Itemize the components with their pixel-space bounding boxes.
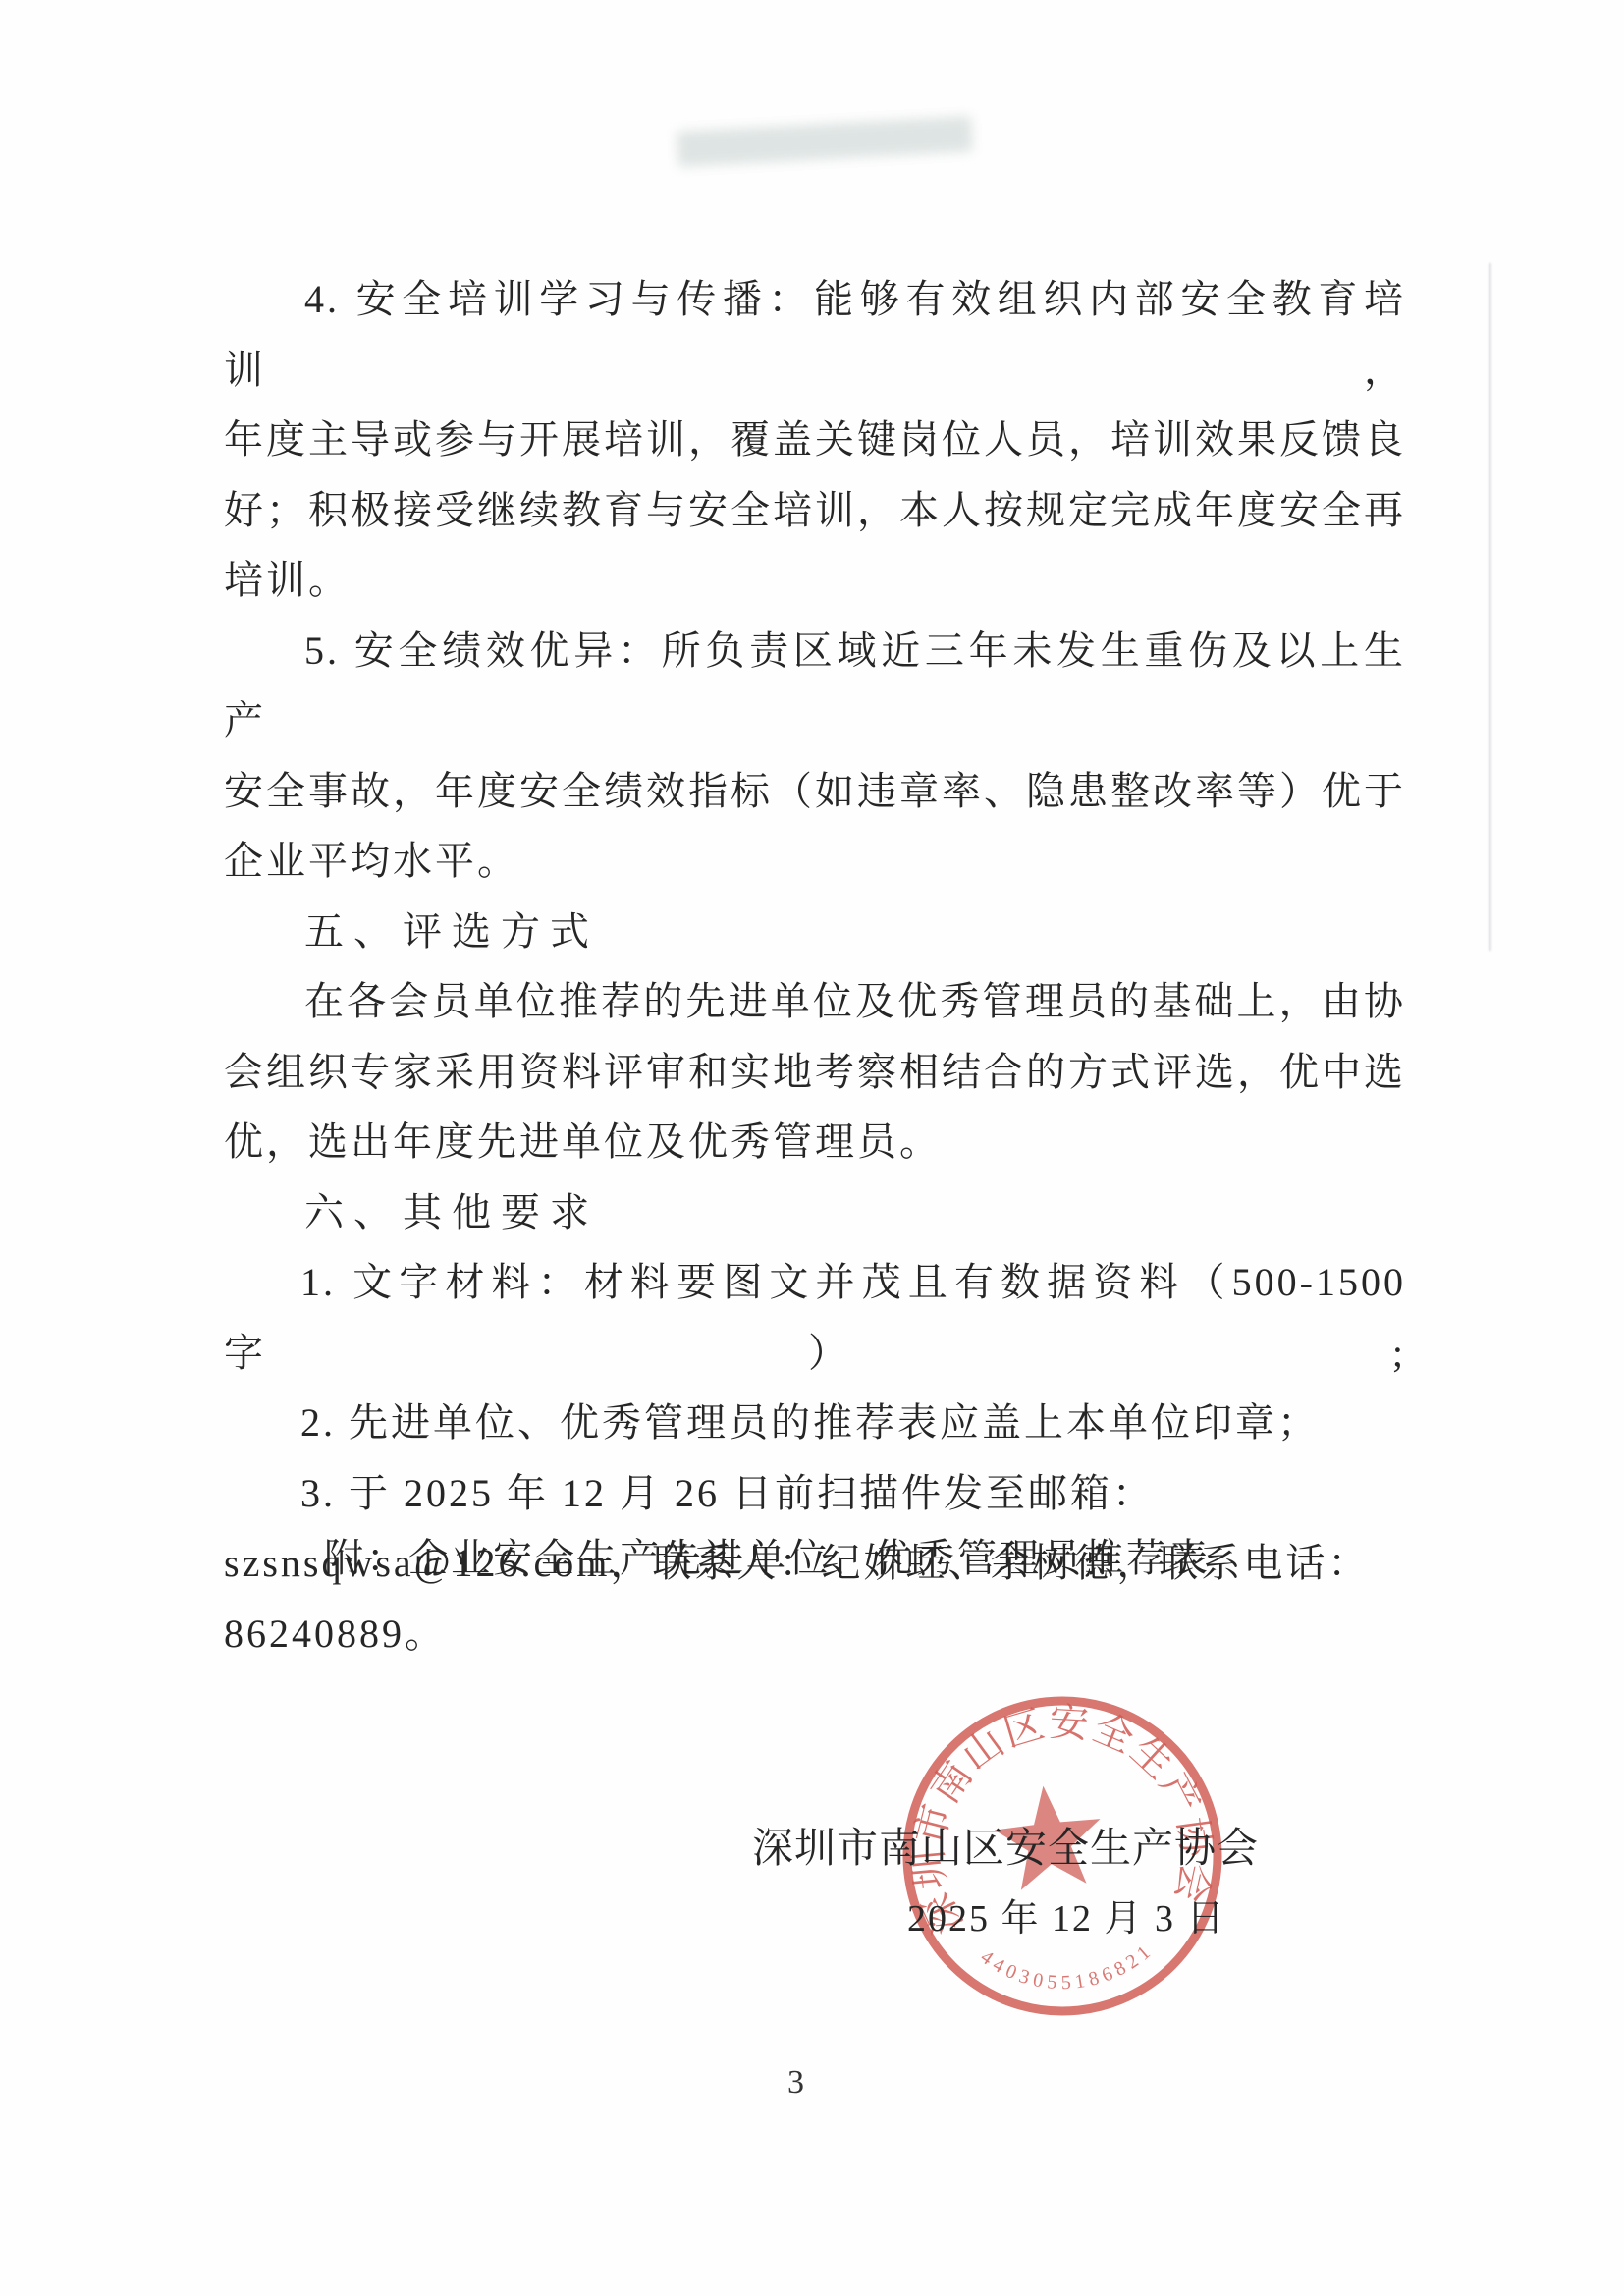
doc-line: 3. 于 2025 年 12 月 26 日前扫描件发至邮箱： — [224, 1458, 1406, 1529]
document-page: 4. 安全培训学习与传播：能够有效组织内部安全教育培训， 年度主导或参与开展培训… — [0, 0, 1624, 2296]
doc-line: 优，选出年度先进单位及优秀管理员。 — [224, 1107, 1406, 1177]
scan-smudge-artifact — [677, 116, 972, 167]
page-number: 3 — [787, 2064, 804, 2102]
attachment-line: 附：企业安全生产先进单位、优秀管理员推荐表 — [224, 1523, 1406, 1594]
doc-line: 培训。 — [224, 545, 1406, 616]
doc-section-heading: 五、评选方式 — [224, 897, 1406, 967]
doc-line: 5. 安全绩效优异：所负责区域近三年未发生重伤及以上生产 — [224, 616, 1406, 756]
doc-line: 年度主导或参与开展培训，覆盖关键岗位人员，培训效果反馈良 — [224, 405, 1406, 475]
doc-line: 2. 先进单位、优秀管理员的推荐表应盖上本单位印章； — [224, 1388, 1406, 1458]
doc-line: 4. 安全培训学习与传播：能够有效组织内部安全教育培训， — [224, 264, 1406, 405]
doc-line: 会组织专家采用资料评审和实地考察相结合的方式评选，优中选 — [224, 1037, 1406, 1108]
document-body: 4. 安全培训学习与传播：能够有效组织内部安全教育培训， 年度主导或参与开展培训… — [224, 264, 1406, 1668]
doc-line: 好；积极接受继续教育与安全培训，本人按规定完成年度安全再 — [224, 475, 1406, 546]
signature-date: 2025 年 12 月 3 日 — [907, 1887, 1226, 1941]
doc-line: 安全事故，年度安全绩效指标（如违章率、隐患整改率等）优于 — [224, 756, 1406, 827]
doc-line: 企业平均水平。 — [224, 826, 1406, 897]
doc-line: 1. 文字材料：材料要图文并茂且有数据资料（500-1500 字）; — [224, 1247, 1406, 1388]
doc-line: 86240889。 — [224, 1599, 1406, 1669]
doc-line: 在各会员单位推荐的先进单位及优秀管理员的基础上，由协 — [224, 966, 1406, 1037]
doc-section-heading: 六、其他要求 — [224, 1177, 1406, 1248]
signature-org: 深圳市南山区安全生产协会 — [752, 1816, 1259, 1875]
scan-streak-artifact — [1489, 263, 1491, 951]
